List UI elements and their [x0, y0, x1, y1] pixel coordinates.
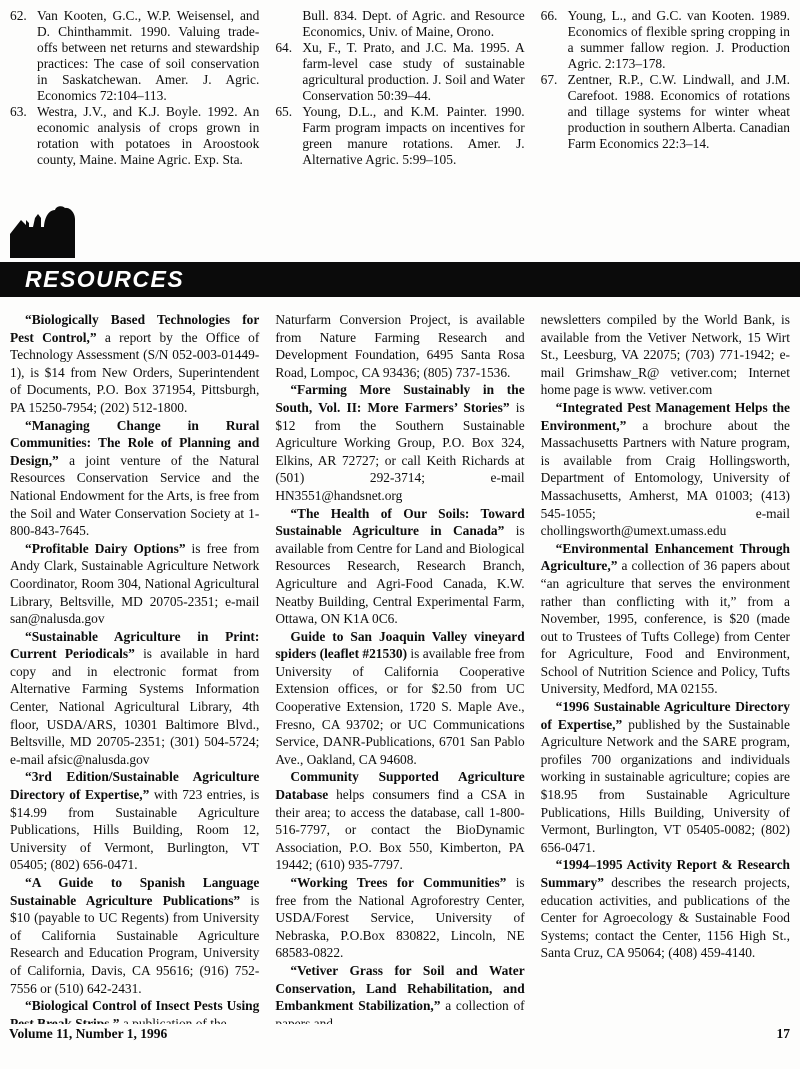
resource-paragraph: “Managing Change in Rural Communities: T…	[10, 417, 259, 540]
resources-header-title: RESOURCES	[25, 266, 184, 293]
resource-title: “A Guide to Spanish Language Sustainable…	[10, 875, 259, 908]
resource-column: “Biologically Based Technologies for Pes…	[10, 311, 259, 1024]
resource-column: newsletters compiled by the World Bank, …	[541, 311, 790, 1024]
reference-item: 65.Young, D.L., and K.M. Painter. 1990. …	[275, 104, 524, 168]
reference-number	[275, 8, 302, 40]
resource-paragraph: “Profitable Dairy Options” is free from …	[10, 540, 259, 628]
resource-paragraph: Community Supported Agriculture Database…	[275, 768, 524, 874]
reference-item: 66.Young, L., and G.C. van Kooten. 1989.…	[541, 8, 790, 72]
reference-item: 67.Zentner, R.P., C.W. Lindwall, and J.M…	[541, 72, 790, 152]
resource-paragraph: “Sustainable Agriculture in Print: Curre…	[10, 628, 259, 769]
references-section: 62.Van Kooten, G.C., W.P. Weisensel, and…	[0, 0, 800, 197]
resource-paragraph: “Working Trees for Communities” is free …	[275, 874, 524, 962]
resource-paragraph: “1996 Sustainable Agriculture Directory …	[541, 698, 790, 856]
reference-text: Zentner, R.P., C.W. Lindwall, and J.M. C…	[568, 72, 790, 152]
resource-paragraph: “1994–1995 Activity Report & Research Su…	[541, 856, 790, 962]
reference-number: 67.	[541, 72, 568, 152]
reference-column: 66.Young, L., and G.C. van Kooten. 1989.…	[541, 8, 790, 197]
resource-title: “Managing Change in Rural Communities: T…	[10, 418, 259, 468]
resource-title: Community Supported Agriculture Database	[275, 769, 524, 802]
farm-silhouette-graphic	[8, 205, 78, 258]
resource-paragraph: “Biological Control of Insect Pests Usin…	[10, 997, 259, 1024]
reference-text: Bull. 834. Dept. of Agric. and Resource …	[302, 8, 524, 40]
footer-volume-label: Volume 11, Number 1, 1996	[9, 1026, 167, 1042]
reference-number: 64.	[275, 40, 302, 104]
resource-column: Naturfarm Conversion Project, is availab…	[275, 311, 524, 1024]
resource-title: “Integrated Pest Management Helps the En…	[541, 400, 790, 433]
resource-title: “Working Trees for Communities”	[290, 875, 506, 890]
footer-page-number: 17	[777, 1026, 791, 1042]
reference-number: 63.	[10, 104, 37, 168]
resource-paragraph: “Biologically Based Technologies for Pes…	[10, 311, 259, 417]
reference-text: Young, L., and G.C. van Kooten. 1989. Ec…	[568, 8, 790, 72]
resource-title: “The Health of Our Soils: Toward Sustain…	[275, 506, 524, 539]
resource-paragraph: Guide to San Joaquin Valley vineyard spi…	[275, 628, 524, 769]
reference-item: 62.Van Kooten, G.C., W.P. Weisensel, and…	[10, 8, 259, 104]
resource-title: “Biologically Based Technologies for Pes…	[10, 312, 259, 345]
reference-item: 64.Xu, F., T. Prato, and J.C. Ma. 1995. …	[275, 40, 524, 104]
resource-paragraph: Naturfarm Conversion Project, is availab…	[275, 311, 524, 381]
reference-number: 66.	[541, 8, 568, 72]
resource-paragraph: “Environmental Enhancement Through Agric…	[541, 540, 790, 698]
resource-title: Guide to San Joaquin Valley vineyard spi…	[275, 629, 524, 662]
resource-paragraph: “Vetiver Grass for Soil and Water Conser…	[275, 962, 524, 1024]
reference-column: 62.Van Kooten, G.C., W.P. Weisensel, and…	[10, 8, 259, 197]
reference-item: Bull. 834. Dept. of Agric. and Resource …	[275, 8, 524, 40]
reference-text: Young, D.L., and K.M. Painter. 1990. Far…	[302, 104, 524, 168]
resources-header-bar: RESOURCES	[0, 262, 800, 297]
resource-title: “3rd Edition/Sustainable Agriculture Dir…	[10, 769, 259, 802]
reference-text: Van Kooten, G.C., W.P. Weisensel, and D.…	[37, 8, 259, 104]
reference-item: 63.Westra, J.V., and K.J. Boyle. 1992. A…	[10, 104, 259, 168]
resource-title: “Environmental Enhancement Through Agric…	[541, 541, 790, 574]
resource-paragraph: “A Guide to Spanish Language Sustainable…	[10, 874, 259, 997]
resource-title: “1994–1995 Activity Report & Research Su…	[541, 857, 790, 890]
resource-title: “Vetiver Grass for Soil and Water Conser…	[275, 963, 524, 1013]
resource-title: “Profitable Dairy Options”	[25, 541, 186, 556]
magazine-page: 62.Van Kooten, G.C., W.P. Weisensel, and…	[0, 0, 800, 1069]
resource-paragraph: “Integrated Pest Management Helps the En…	[541, 399, 790, 540]
resource-title: “Sustainable Agriculture in Print: Curre…	[10, 629, 259, 662]
page-footer: Volume 11, Number 1, 1996 17	[9, 1026, 790, 1042]
resource-title: “Farming More Sustainably in the South, …	[275, 382, 524, 415]
resource-title: “Biological Control of Insect Pests Usin…	[10, 998, 259, 1024]
resource-paragraph: “Farming More Sustainably in the South, …	[275, 381, 524, 504]
reference-number: 65.	[275, 104, 302, 168]
reference-text: Westra, J.V., and K.J. Boyle. 1992. An e…	[37, 104, 259, 168]
resource-paragraph: newsletters compiled by the World Bank, …	[541, 311, 790, 399]
resource-paragraph: “The Health of Our Soils: Toward Sustain…	[275, 505, 524, 628]
resource-paragraph: “3rd Edition/Sustainable Agriculture Dir…	[10, 768, 259, 874]
reference-column: Bull. 834. Dept. of Agric. and Resource …	[275, 8, 524, 197]
reference-text: Xu, F., T. Prato, and J.C. Ma. 1995. A f…	[302, 40, 524, 104]
resources-section: “Biologically Based Technologies for Pes…	[0, 311, 800, 1024]
resource-title: “1996 Sustainable Agriculture Directory …	[541, 699, 790, 732]
farm-silhouette-icon	[8, 205, 800, 258]
reference-number: 62.	[10, 8, 37, 104]
